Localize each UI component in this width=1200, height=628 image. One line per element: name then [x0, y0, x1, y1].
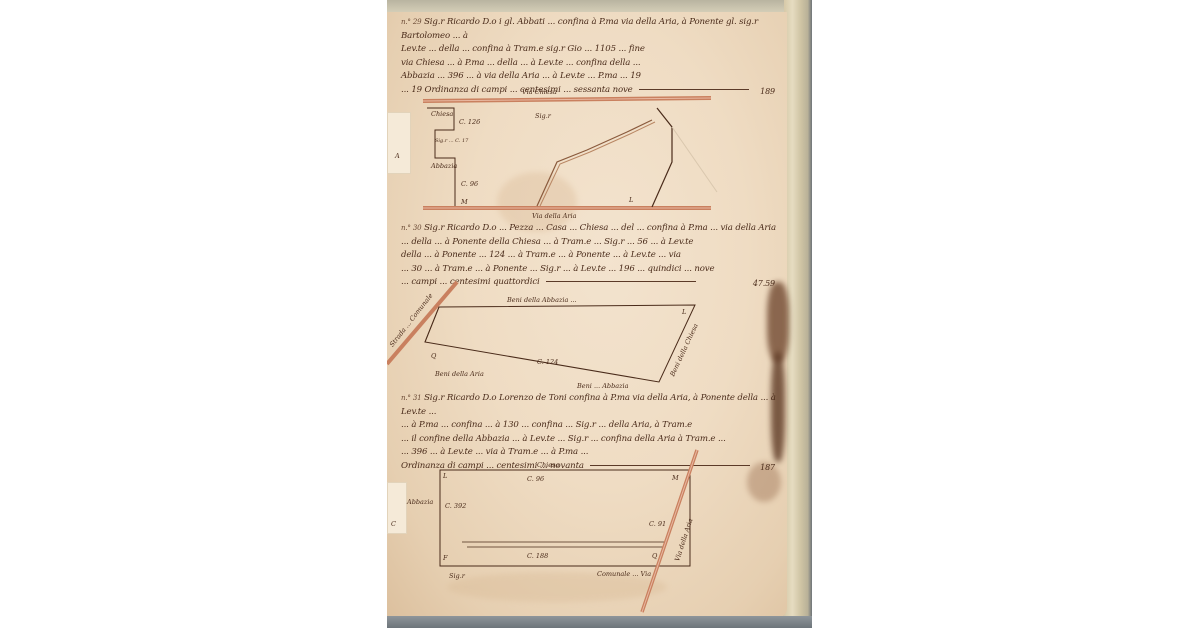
binding-bottom-edge: [387, 616, 812, 628]
manuscript-page: n.° 29 Sig.r Ricardo D.o i gl. Abbati ..…: [387, 12, 787, 618]
manuscript-scan: n.° 29 Sig.r Ricardo D.o i gl. Abbati ..…: [387, 0, 812, 628]
